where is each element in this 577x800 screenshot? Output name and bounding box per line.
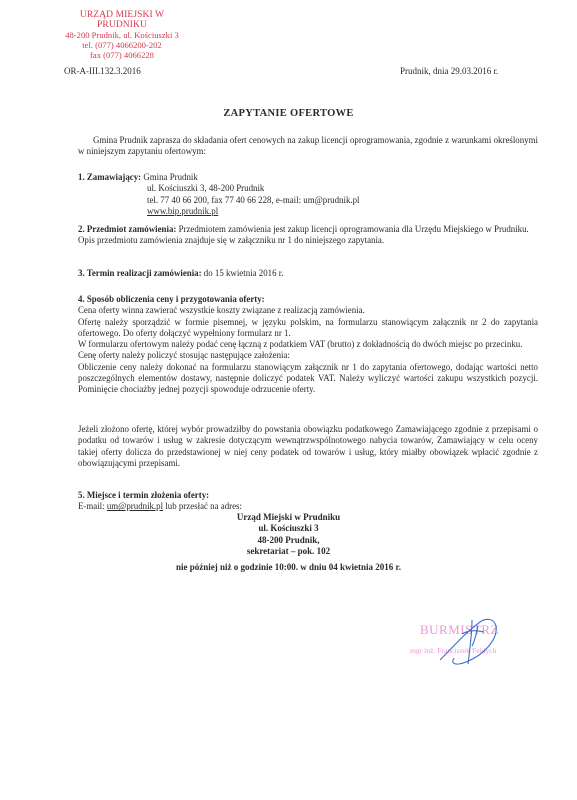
section-ordering-party: 1. Zamawiający: Gmina Prudnik ul. Kościu… [78,172,538,217]
price-line-2: Ofertę należy sporządzić w formie pisemn… [78,317,538,340]
stamp-office-name: URZĄD MIEJSKI W PRUDNIKU [64,10,180,30]
email-prefix: E-mail: [78,501,107,511]
price-line-4: Cenę oferty należy policzyć stosując nas… [78,350,538,361]
ordering-party-contact: tel. 77 40 66 200, fax 77 40 66 228, e-m… [78,195,538,206]
section3-label: 3. Termin realizacji zamówienia: [78,268,202,278]
address-line-1: Urząd Miejski w Prudniku [0,512,577,523]
stamp-address: 48-200 Prudnik, ul. Kościuszki 3 [64,30,180,40]
section5-label: 5. Miejsce i termin złożenia oferty: [78,490,209,500]
price-line-1: Cena oferty winna zawierać wszystkie kos… [78,305,538,316]
subject-text: Przedmiotem zamówienia jest zakup licenc… [176,224,528,234]
address-line-3: 48-200 Prudnik, [0,535,577,546]
ordering-party-name: Gmina Prudnik [143,172,197,182]
document-title: ZAPYTANIE OFERTOWE [0,108,577,119]
subject-description: Opis przedmiotu zamówienia znajduje się … [78,235,538,246]
section-submission: 5. Miejsce i termin złożenia oferty: E-m… [78,490,538,513]
intro-paragraph: Gmina Prudnik zaprasza do składania ofer… [78,135,538,158]
reference-number: OR-A-III.132.3.2016 [64,66,141,76]
signature-block: BURMISTRZ mgr inż. Franciszek Fejdych [400,612,540,672]
section-subject: 2. Przedmiot zamówienia: Przedmiotem zam… [78,224,538,247]
email-suffix: lub przesłać na adres: [163,501,242,511]
price-line-5: Obliczenie ceny należy dokonać na formul… [78,362,538,396]
vat-paragraph: Jeżeli złożono ofertę, której wybór prow… [78,424,538,469]
section2-label: 2. Przedmiot zamówienia: [78,224,176,234]
realization-deadline: do 15 kwietnia 2016 r. [202,268,284,278]
intro-text: Gmina Prudnik zaprasza do składania ofer… [78,135,538,158]
stamp-tel: tel. (077) 4066200-202 [64,40,180,50]
bip-website-link[interactable]: www.bip.prudnik.pl [147,206,218,216]
section4-label: 4. Sposób obliczenia ceny i przygotowani… [78,294,265,304]
address-line-4: sekretariat – pok. 102 [0,546,577,557]
date-line: Prudnik, dnia 29.03.2016 r. [400,66,498,76]
submission-address: Urząd Miejski w Prudniku ul. Kościuszki … [0,512,577,557]
address-line-2: ul. Kościuszki 3 [0,523,577,534]
submission-deadline: nie później niż o godzinie 10:00. w dniu… [0,562,577,573]
submission-email-link[interactable]: um@prudnik.pl [107,501,163,511]
handwritten-signature-icon [400,612,540,672]
section-price-calculation: 4. Sposób obliczenia ceny i przygotowani… [78,294,538,396]
price-line-3: W formularzu ofertowym należy podać cenę… [78,339,538,350]
section-deadline: 3. Termin realizacji zamówienia: do 15 k… [78,268,538,279]
stamp-fax: fax (077) 4066228 [64,50,180,60]
office-stamp: URZĄD MIEJSKI W PRUDNIKU 48-200 Prudnik,… [64,10,180,60]
section1-label: 1. Zamawiający: [78,172,141,182]
ordering-party-address: ul. Kościuszki 3, 48-200 Prudnik [78,183,538,194]
